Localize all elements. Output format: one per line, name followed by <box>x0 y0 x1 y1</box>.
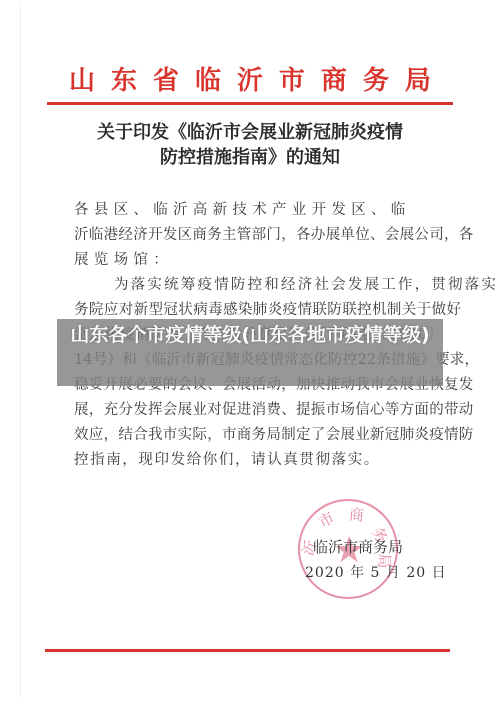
header-red-rule <box>47 102 453 105</box>
org-header-char: 市 <box>279 66 305 96</box>
page-edge <box>20 6 21 697</box>
document-title-line-1: 关于印发《临沂市会展业新冠肺炎疫情 <box>0 121 500 145</box>
body-line: 展，充分发挥会展业对促进消费、提振市场信心等方面的带动 <box>74 399 436 421</box>
sign-date: 2020 年 5 月 20 日 <box>305 563 447 583</box>
org-header-char: 东 <box>111 66 137 96</box>
body-line: 务院应对新型冠状病毒感染肺炎疫情联防联控机制关于做好 <box>74 299 436 321</box>
org-header-char: 省 <box>153 66 179 96</box>
body-line: 为落实统筹疫情防控和经济社会发展工作，贯彻落实《国 <box>114 274 436 296</box>
body-line: 各县区、临沂高新技术产业开发区、临 <box>74 199 436 221</box>
body-line: 效应，结合我市实际，市商务局制定了会展业新冠肺炎疫情防 <box>74 424 436 446</box>
document-title-line-2: 防控措施指南》的通知 <box>0 146 500 170</box>
org-header-char: 沂 <box>237 66 263 96</box>
footer-red-rule <box>45 649 450 652</box>
signer-name: 临沂市商务局 <box>313 537 403 557</box>
body-line: 展览场馆： <box>74 249 436 271</box>
caption-title: 山东各个市疫情等级(山东各地市疫情等级) <box>57 321 443 350</box>
org-header: 山 东 省 临 沂 市 商 务 局 <box>47 66 453 96</box>
body-line: 控指南，现印发给你们，请认真贯彻落实。 <box>74 449 436 471</box>
org-header-char: 山 <box>69 66 95 96</box>
org-header-char: 局 <box>405 66 431 96</box>
org-header-char: 务 <box>363 66 389 96</box>
body-line: 沂临港经济开发区商务主管部门，各办展单位、会展公司，各 <box>74 224 436 246</box>
org-header-char: 临 <box>195 66 221 96</box>
org-header-char: 商 <box>321 66 347 96</box>
seal-ring-char: 商 <box>348 506 364 523</box>
